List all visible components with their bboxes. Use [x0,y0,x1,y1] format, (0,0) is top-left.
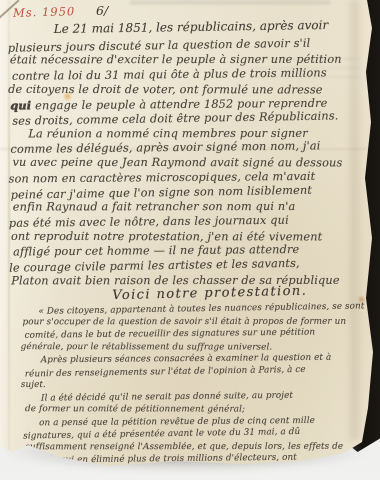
body-paragraphs: plusieurs jours discuté sur la question … [0,0,379,1]
manuscript-line: ont reproduit notre protestation, j'en a… [11,229,322,243]
manuscript-line: le courage civile parmi les artistes et … [9,257,300,275]
manuscript-page: Ms. 1950 6/ Le 21 mai 1851, les républic… [0,0,380,480]
manuscript-line: contre la loi du 31 mai qui ôte à plus d… [12,66,327,83]
protestation-line: « Des citoyens, appartenant à toutes les… [38,301,380,317]
protestation-line: générale, pour le rétablissement du suff… [21,342,273,352]
manuscript-line: La réunion a nommé cinq membres pour sig… [28,127,307,140]
protestation-line: réunir des renseignements sur l'état de … [25,364,306,379]
manuscript-line: était nécessaire d'exciter le peuple à s… [10,53,342,67]
manuscript-line: enfin Raynaud a fait retrancher son nom … [13,200,296,213]
manuscript-line: de citoyens le droit de voter, ont formu… [8,82,323,96]
manuscript-line: peiné car j'aime que l'on signe son nom … [11,183,313,201]
manuscript-line: pas été mis avec le nôtre, dans les jour… [9,214,289,230]
protestation-line: de former un comité de pétitionnement gé… [25,404,245,414]
scanned-document: Ms. 1950 6/ Le 21 mai 1851, les républic… [0,0,380,480]
manuscript-line: vu avec peine que Jean Raymond avait sig… [13,156,343,170]
protestation-line: pour s'occuper de la question de savoir … [22,316,346,327]
manuscript-line: comme les délégués, après avoir signé mo… [10,140,320,157]
manuscript-line: ses droits, comme cela doit être pour de… [12,109,338,127]
overwritten-word: qui [10,99,35,113]
manuscript-line: son nom en caractères microscopiques, ce… [9,170,316,186]
protestation-line: comité, dans le but de recueillir des si… [25,327,316,340]
manuscript-text: Le 21 mai 1851, les républicains, après … [0,0,380,480]
protestation-line: suffisamment renseigné l'Assemblée, et q… [25,441,343,452]
protestation-line: sujet. [21,380,46,390]
manuscript-line: affligé pour cet homme — il ne faut pas … [13,243,299,258]
protestation-line: Il a été décidé qu'il ne serait pas donn… [41,390,293,403]
protestation-line: signatures, qui a été présentée avant le… [23,427,300,442]
protestation-quote: « Des citoyens, appartenant à toutes les… [0,0,379,1]
protestation-line: Après plusieurs séances consacrées à exa… [41,353,332,366]
date-line: Le 21 mai 1851, les républicains, après … [54,18,329,36]
protestation-heading: Voici notre protestation. [112,284,307,304]
manuscript-line: plusieurs jours discuté sur la question … [8,36,311,54]
protestation-line: on a pensé que la pétition revêtue de pl… [39,415,315,427]
